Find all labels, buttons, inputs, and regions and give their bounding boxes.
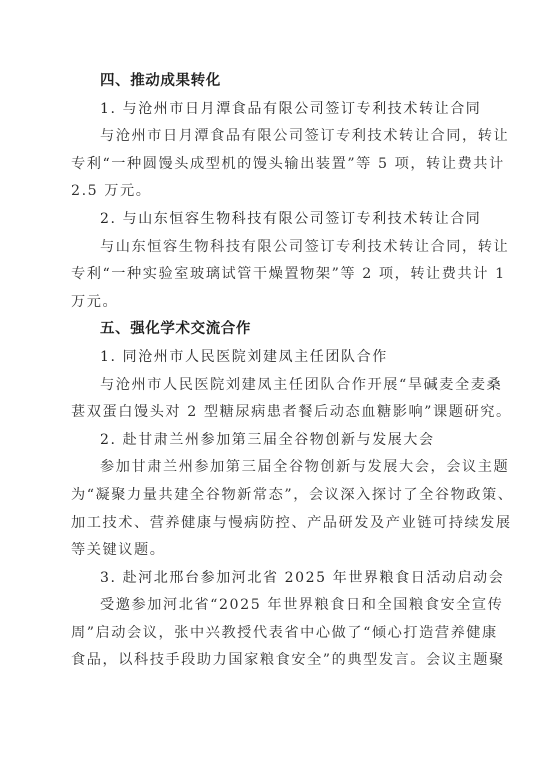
paragraph-line: 专利“一种实验室玻璃试管干燥置物架”等 2 项，转让费共计 1 — [71, 261, 471, 289]
paragraph-line: 等关键议题。 — [71, 537, 471, 565]
item-title: 2. 与山东恒容生物科技有限公司签订专利技术转让合同 — [71, 206, 471, 234]
document-page: 四、推动成果转化 1. 与沧州市日月潭食品有限公司签订专利技术转让合同 与沧州市… — [71, 68, 471, 675]
paragraph-line: 葚双蛋白馒头对 2 型糖尿病患者餐后动态血糖影响”课题研究。 — [71, 399, 471, 427]
item-title: 1. 同沧州市人民医院刘建凤主任团队合作 — [71, 344, 471, 372]
section-heading: 五、强化学术交流合作 — [71, 316, 471, 344]
paragraph-line: 为“凝聚力量共建全谷物新常态”，会议深入探讨了全谷物政策、 — [71, 482, 471, 510]
item-title: 3. 赴河北邢台参加河北省 2025 年世界粮食日活动启动会 — [71, 565, 471, 593]
paragraph-line: 食品，以科技手段助力国家粮食安全”的典型发言。会议主题聚 — [71, 647, 471, 675]
paragraph-line: 加工技术、营养健康与慢病防控、产品研发及产业链可持续发展 — [71, 510, 471, 538]
section-heading: 四、推动成果转化 — [71, 68, 471, 96]
paragraph-line: 2.5 万元。 — [71, 178, 471, 206]
paragraph-line: 与沧州市日月潭食品有限公司签订专利技术转让合同，转让 — [71, 123, 471, 151]
paragraph-line: 与山东恒容生物科技有限公司签订专利技术转让合同，转让 — [71, 234, 471, 262]
paragraph-line: 受邀参加河北省“2025 年世界粮食日和全国粮食安全宣传 — [71, 592, 471, 620]
paragraph-line: 与沧州市人民医院刘建凤主任团队合作开展“旱碱麦全麦桑 — [71, 372, 471, 400]
item-title: 2. 赴甘肃兰州参加第三届全谷物创新与发展大会 — [71, 427, 471, 455]
paragraph-line: 周”启动会议，张中兴教授代表省中心做了“倾心打造营养健康 — [71, 620, 471, 648]
paragraph-line: 参加甘肃兰州参加第三届全谷物创新与发展大会，会议主题 — [71, 454, 471, 482]
item-title: 1. 与沧州市日月潭食品有限公司签订专利技术转让合同 — [71, 96, 471, 124]
paragraph-line: 万元。 — [71, 289, 471, 317]
paragraph-line: 专利“一种圆馒头成型机的馒头输出装置”等 5 项，转让费共计 — [71, 151, 471, 179]
